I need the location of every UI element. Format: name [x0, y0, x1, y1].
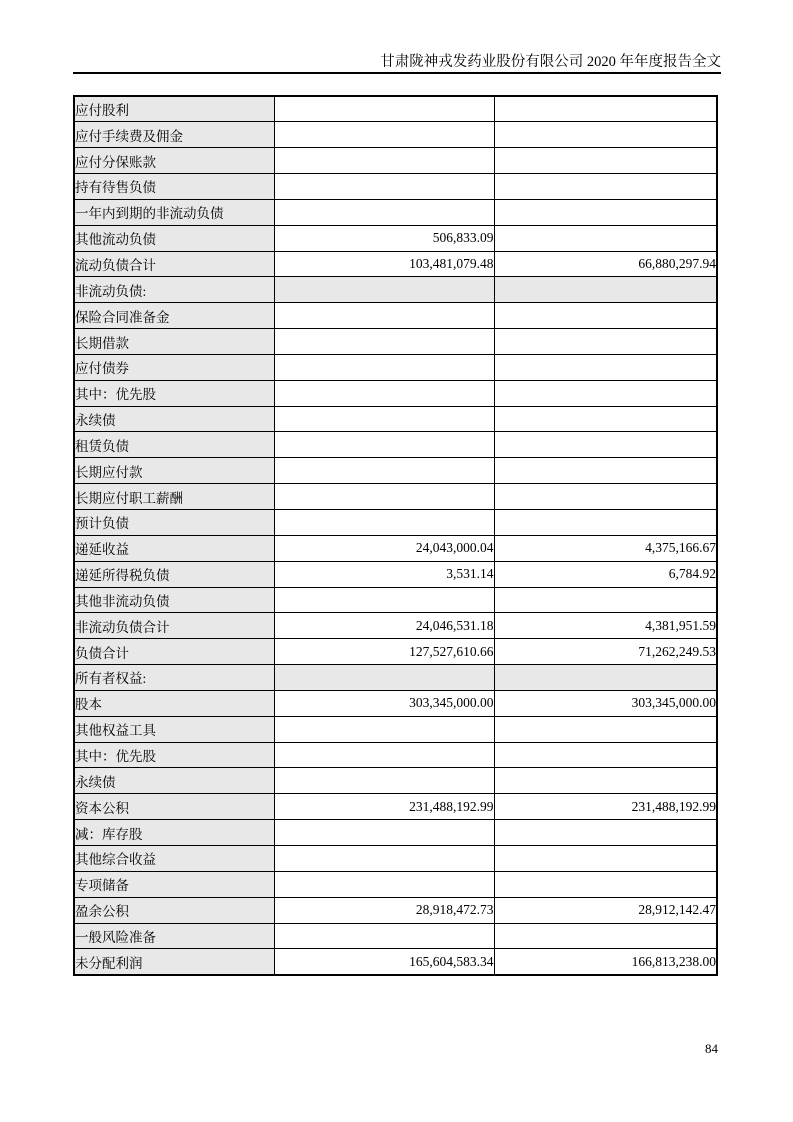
prior-period-value: 6,784.92	[494, 561, 717, 587]
prior-period-value: 231,488,192.99	[494, 794, 717, 820]
current-period-value: 303,345,000.00	[274, 690, 494, 716]
table-row: 永续债	[74, 406, 717, 432]
current-period-value: 231,488,192.99	[274, 794, 494, 820]
report-page: 甘肃陇神戎发药业股份有限公司 2020 年年度报告全文 应付股利应付手续费及佣金…	[0, 0, 793, 1122]
current-period-value: 165,604,583.34	[274, 949, 494, 975]
row-label: 保险合同准备金	[74, 303, 274, 329]
prior-period-value: 71,262,249.53	[494, 639, 717, 665]
row-label: 其他权益工具	[74, 716, 274, 742]
prior-period-value	[494, 845, 717, 871]
table-row: 长期借款	[74, 329, 717, 355]
balance-sheet-table: 应付股利应付手续费及佣金应付分保账款持有待售负债一年内到期的非流动负债其他流动负…	[73, 95, 718, 976]
prior-period-value: 4,381,951.59	[494, 613, 717, 639]
prior-period-value	[494, 820, 717, 846]
row-label: 未分配利润	[74, 949, 274, 975]
table-row: 所有者权益:	[74, 665, 717, 691]
prior-period-value	[494, 587, 717, 613]
table-row: 股本303,345,000.00303,345,000.00	[74, 690, 717, 716]
row-label: 其中：优先股	[74, 742, 274, 768]
current-period-value	[274, 174, 494, 200]
prior-period-value: 4,375,166.67	[494, 535, 717, 561]
table-row: 其中：优先股	[74, 742, 717, 768]
prior-period-value	[494, 768, 717, 794]
current-period-value	[274, 510, 494, 536]
table-row: 减：库存股	[74, 820, 717, 846]
table-row: 预计负债	[74, 510, 717, 536]
current-period-value	[274, 845, 494, 871]
row-label: 长期应付职工薪酬	[74, 484, 274, 510]
current-period-value	[274, 148, 494, 174]
row-label: 持有待售负债	[74, 174, 274, 200]
row-label: 递延收益	[74, 535, 274, 561]
table-row: 其中：优先股	[74, 380, 717, 406]
row-label: 资本公积	[74, 794, 274, 820]
current-period-value	[274, 820, 494, 846]
table-row: 长期应付职工薪酬	[74, 484, 717, 510]
prior-period-value	[494, 458, 717, 484]
table-row: 负债合计127,527,610.6671,262,249.53	[74, 639, 717, 665]
current-period-value	[274, 587, 494, 613]
current-period-value: 3,531.14	[274, 561, 494, 587]
current-period-value	[274, 96, 494, 122]
table-row: 应付债券	[74, 354, 717, 380]
table-row: 一年内到期的非流动负债	[74, 199, 717, 225]
row-label: 盈余公积	[74, 897, 274, 923]
current-period-value	[274, 380, 494, 406]
row-label: 永续债	[74, 768, 274, 794]
row-label: 流动负债合计	[74, 251, 274, 277]
table-row: 持有待售负债	[74, 174, 717, 200]
current-period-value	[274, 742, 494, 768]
row-label: 减：库存股	[74, 820, 274, 846]
prior-period-value: 303,345,000.00	[494, 690, 717, 716]
prior-period-value	[494, 665, 717, 691]
prior-period-value	[494, 742, 717, 768]
prior-period-value	[494, 122, 717, 148]
current-period-value	[274, 303, 494, 329]
row-label: 其他综合收益	[74, 845, 274, 871]
row-label: 递延所得税负债	[74, 561, 274, 587]
current-period-value: 28,918,472.73	[274, 897, 494, 923]
page-number: 84	[73, 1041, 718, 1057]
table-row: 保险合同准备金	[74, 303, 717, 329]
prior-period-value	[494, 484, 717, 510]
current-period-value	[274, 406, 494, 432]
prior-period-value	[494, 432, 717, 458]
row-label: 一般风险准备	[74, 923, 274, 949]
prior-period-value	[494, 329, 717, 355]
row-label: 应付债券	[74, 354, 274, 380]
row-label: 预计负债	[74, 510, 274, 536]
prior-period-value	[494, 96, 717, 122]
row-label: 负债合计	[74, 639, 274, 665]
current-period-value	[274, 199, 494, 225]
current-period-value: 103,481,079.48	[274, 251, 494, 277]
table-row: 专项储备	[74, 871, 717, 897]
prior-period-value	[494, 923, 717, 949]
current-period-value: 127,527,610.66	[274, 639, 494, 665]
row-label: 应付手续费及佣金	[74, 122, 274, 148]
prior-period-value	[494, 303, 717, 329]
table-row: 其他流动负债506,833.09	[74, 225, 717, 251]
table-row: 递延所得税负债3,531.146,784.92	[74, 561, 717, 587]
table-row: 非流动负债:	[74, 277, 717, 303]
current-period-value	[274, 458, 494, 484]
report-header-title: 甘肃陇神戎发药业股份有限公司 2020 年年度报告全文	[73, 53, 721, 71]
table-row: 租赁负债	[74, 432, 717, 458]
prior-period-value	[494, 510, 717, 536]
table-row: 应付分保账款	[74, 148, 717, 174]
table-row: 递延收益24,043,000.044,375,166.67	[74, 535, 717, 561]
row-label: 非流动负债合计	[74, 613, 274, 639]
prior-period-value: 28,912,142.47	[494, 897, 717, 923]
table-row: 非流动负债合计24,046,531.184,381,951.59	[74, 613, 717, 639]
current-period-value: 506,833.09	[274, 225, 494, 251]
current-period-value	[274, 277, 494, 303]
prior-period-value	[494, 354, 717, 380]
prior-period-value	[494, 148, 717, 174]
prior-period-value	[494, 871, 717, 897]
current-period-value	[274, 354, 494, 380]
prior-period-value	[494, 406, 717, 432]
row-label: 非流动负债:	[74, 277, 274, 303]
row-label: 一年内到期的非流动负债	[74, 199, 274, 225]
prior-period-value	[494, 277, 717, 303]
prior-period-value: 166,813,238.00	[494, 949, 717, 975]
table-row: 其他非流动负债	[74, 587, 717, 613]
current-period-value	[274, 432, 494, 458]
table-row: 永续债	[74, 768, 717, 794]
prior-period-value	[494, 225, 717, 251]
table-row: 未分配利润165,604,583.34166,813,238.00	[74, 949, 717, 975]
table-row: 其他权益工具	[74, 716, 717, 742]
row-label: 长期借款	[74, 329, 274, 355]
table-row: 应付手续费及佣金	[74, 122, 717, 148]
current-period-value	[274, 768, 494, 794]
current-period-value: 24,046,531.18	[274, 613, 494, 639]
prior-period-value	[494, 199, 717, 225]
row-label: 其中：优先股	[74, 380, 274, 406]
current-period-value	[274, 122, 494, 148]
current-period-value	[274, 871, 494, 897]
prior-period-value	[494, 716, 717, 742]
row-label: 租赁负债	[74, 432, 274, 458]
row-label: 长期应付款	[74, 458, 274, 484]
row-label: 其他流动负债	[74, 225, 274, 251]
row-label: 所有者权益:	[74, 665, 274, 691]
table-row: 其他综合收益	[74, 845, 717, 871]
row-label: 其他非流动负债	[74, 587, 274, 613]
prior-period-value	[494, 174, 717, 200]
current-period-value	[274, 716, 494, 742]
current-period-value: 24,043,000.04	[274, 535, 494, 561]
row-label: 应付分保账款	[74, 148, 274, 174]
current-period-value	[274, 484, 494, 510]
header-divider	[73, 72, 721, 74]
table-row: 长期应付款	[74, 458, 717, 484]
table-row: 流动负债合计103,481,079.4866,880,297.94	[74, 251, 717, 277]
prior-period-value	[494, 380, 717, 406]
balance-sheet-body: 应付股利应付手续费及佣金应付分保账款持有待售负债一年内到期的非流动负债其他流动负…	[74, 96, 717, 975]
table-row: 应付股利	[74, 96, 717, 122]
row-label: 永续债	[74, 406, 274, 432]
prior-period-value: 66,880,297.94	[494, 251, 717, 277]
current-period-value	[274, 923, 494, 949]
row-label: 应付股利	[74, 96, 274, 122]
current-period-value	[274, 665, 494, 691]
table-row: 资本公积231,488,192.99231,488,192.99	[74, 794, 717, 820]
row-label: 专项储备	[74, 871, 274, 897]
table-row: 一般风险准备	[74, 923, 717, 949]
current-period-value	[274, 329, 494, 355]
table-row: 盈余公积28,918,472.7328,912,142.47	[74, 897, 717, 923]
row-label: 股本	[74, 690, 274, 716]
